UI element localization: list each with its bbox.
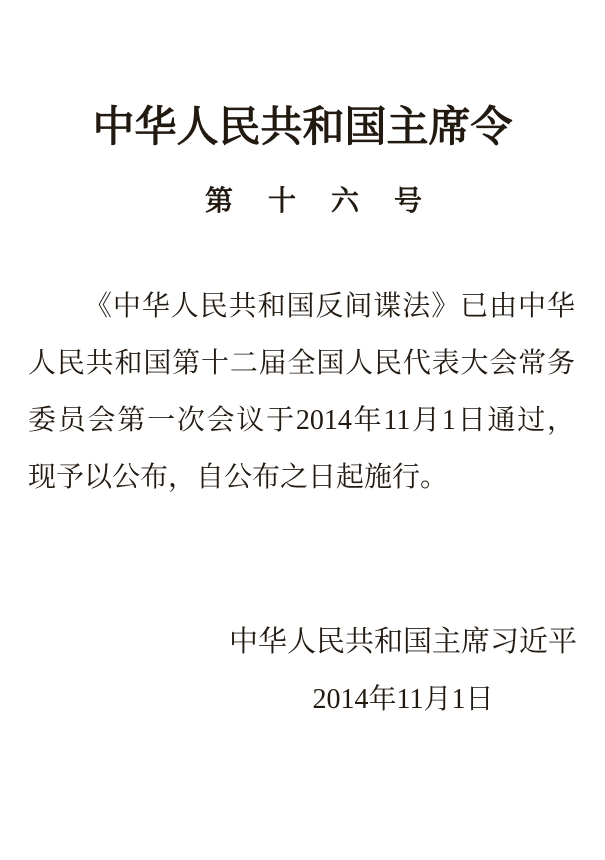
decree-order-number: 第 十 六 号 — [0, 186, 605, 218]
body-line-4: 现予以公布，自公布之日起施行。 — [28, 449, 575, 506]
decree-body: 《中华人民共和国反间谍法》已由中华 人民共和国第十二届全国人民代表大会常务 委员… — [0, 278, 605, 506]
decree-title: 中华人民共和国主席令 — [0, 0, 605, 152]
signature-line: 中华人民共和国主席习近平 — [229, 614, 577, 671]
body-line-2: 人民共和国第十二届全国人民代表大会常务 — [28, 335, 575, 392]
body-line-3: 委员会第一次会议于2014年11月1日通过， — [28, 392, 575, 449]
date-line: 2014年11月1日 — [313, 671, 494, 728]
decree-document-page: 中华人民共和国主席令 第 十 六 号 《中华人民共和国反间谍法》已由中华 人民共… — [0, 0, 605, 860]
signature-block: 中华人民共和国主席习近平 2014年11月1日 — [229, 614, 577, 728]
body-line-1: 《中华人民共和国反间谍法》已由中华 — [28, 278, 575, 335]
